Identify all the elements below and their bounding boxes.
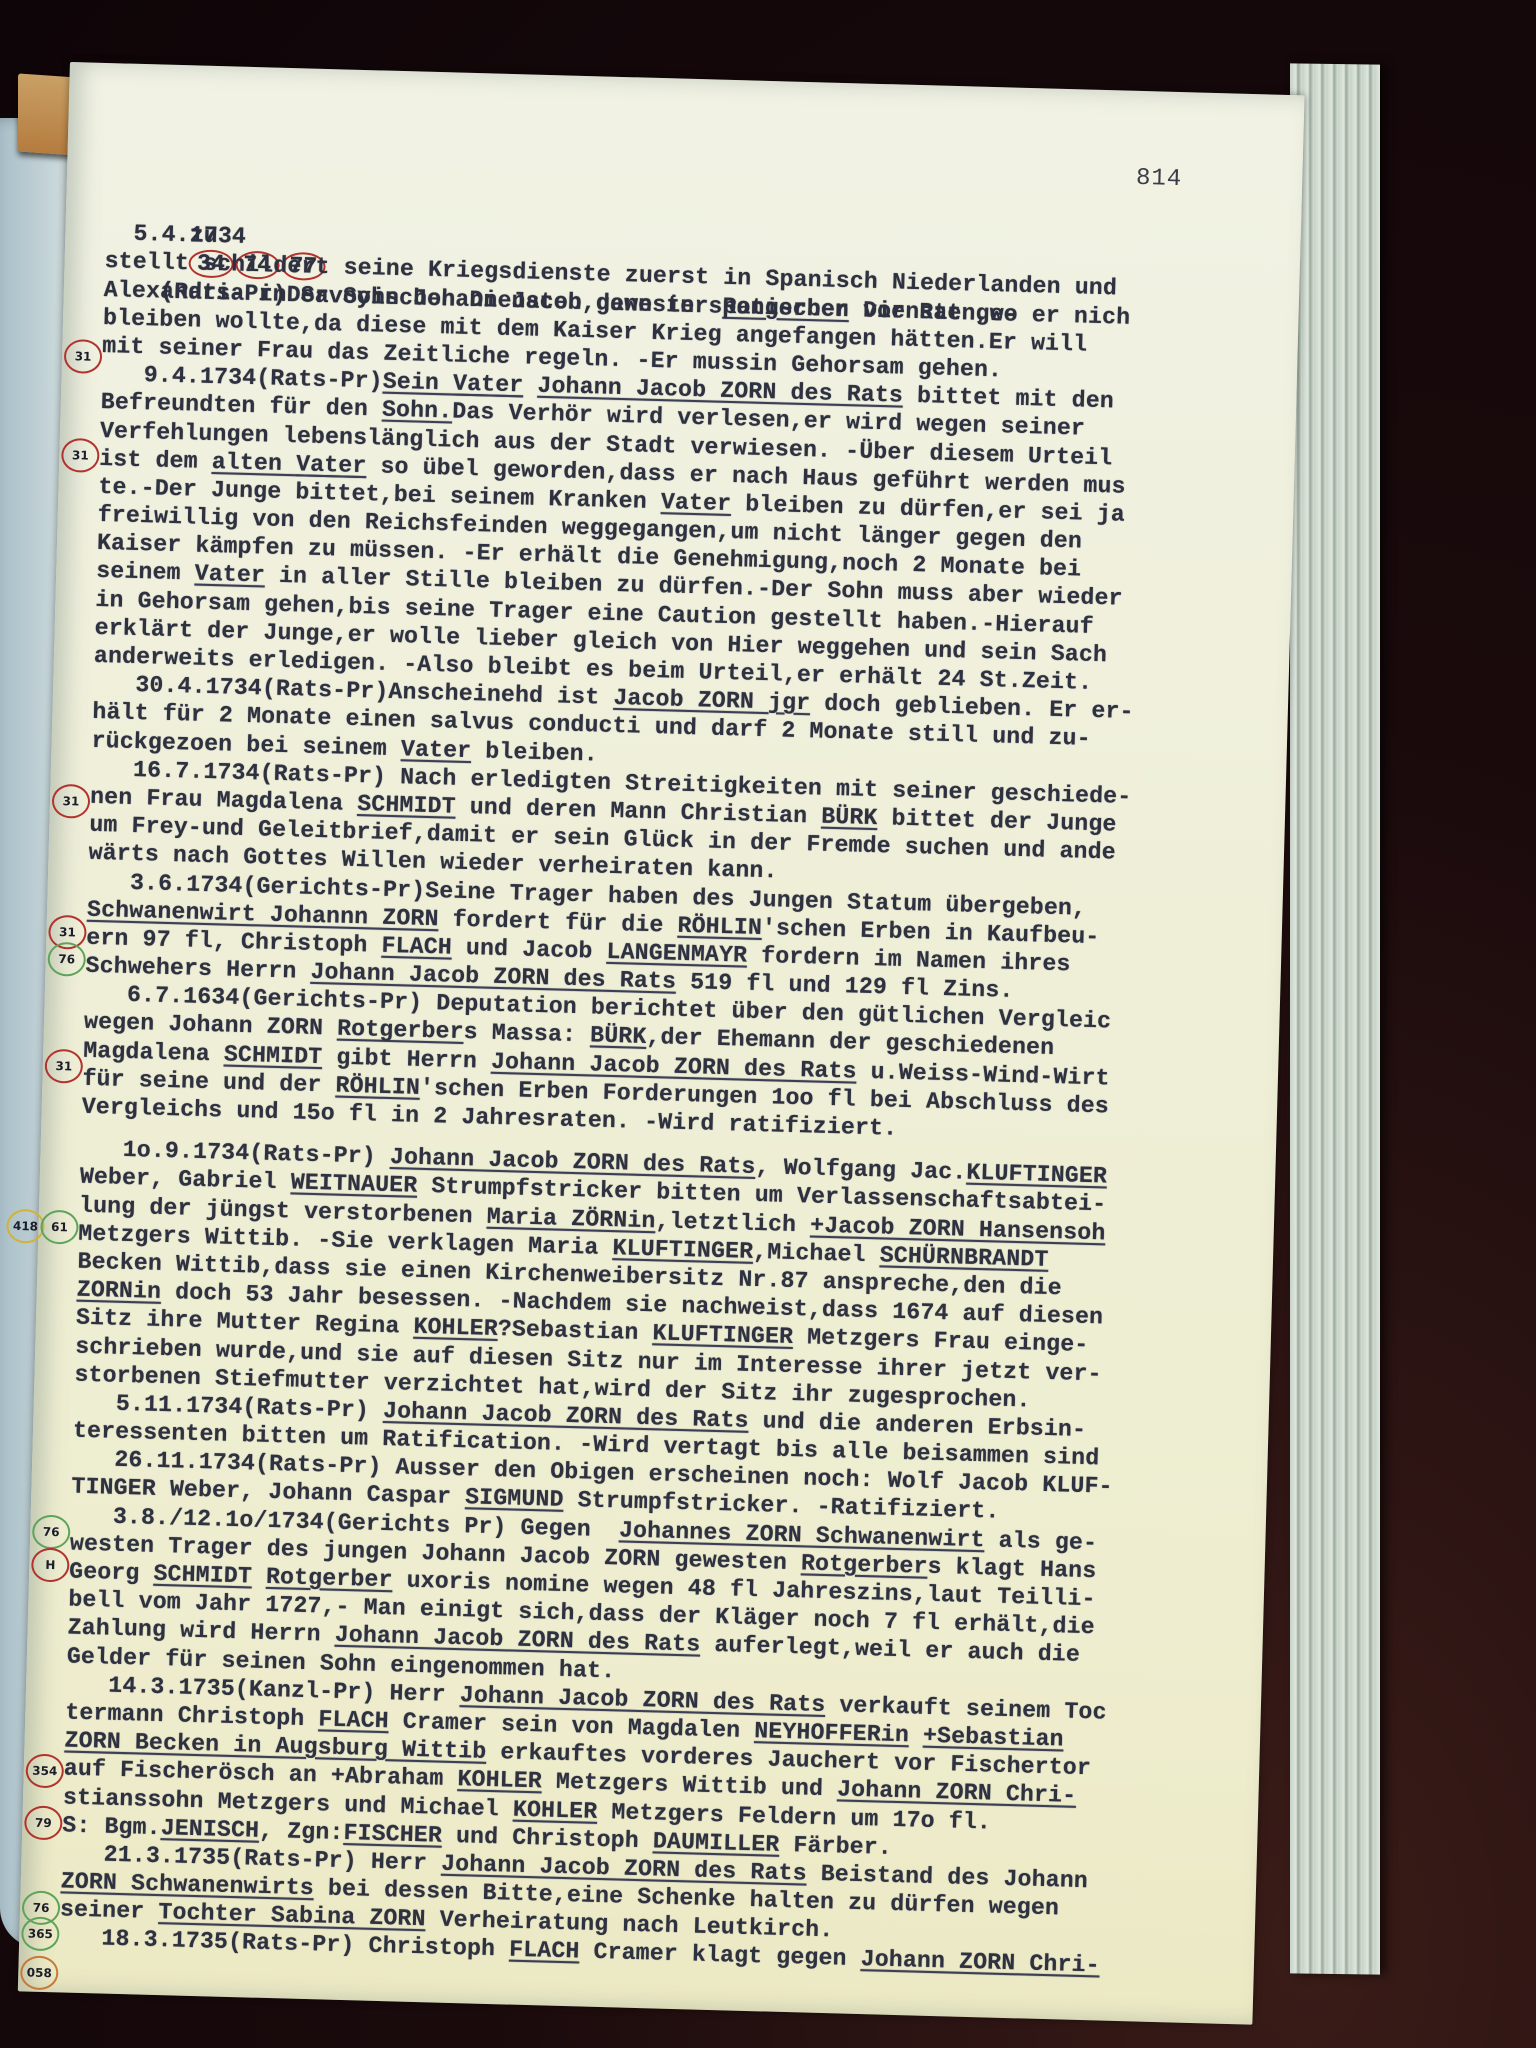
margin-annotations: 3131313176314186176H3547976365058 bbox=[70, 62, 1305, 95]
margin-annotation: 76 bbox=[32, 1514, 71, 1549]
margin-annotation: 61 bbox=[40, 1209, 79, 1244]
margin-annotation: 31 bbox=[44, 1049, 83, 1084]
page-number: 814 bbox=[1136, 165, 1183, 193]
margin-annotation: H bbox=[31, 1548, 70, 1583]
margin-annotation: 31 bbox=[64, 338, 103, 373]
margin-annotation: 31 bbox=[52, 784, 91, 819]
margin-annotation: 354 bbox=[25, 1754, 64, 1789]
typewritten-text: zu 347477 (Rats-Pr)Der Sohn Johann Jacob… bbox=[59, 191, 1291, 1984]
page-edges bbox=[1290, 63, 1380, 1974]
margin-annotation: 418 bbox=[6, 1208, 45, 1243]
margin-annotation: 365 bbox=[21, 1916, 60, 1951]
margin-annotation: 058 bbox=[20, 1956, 59, 1991]
margin-annotation: 31 bbox=[61, 437, 100, 472]
margin-annotation: 76 bbox=[47, 942, 86, 977]
margin-annotation: 79 bbox=[24, 1805, 63, 1840]
text-body: 5.4.1734stellt schildert seine Kriegsdie… bbox=[59, 219, 1290, 1984]
document-page: 814 zu 347477 (Rats-Pr)Der Sohn Johann J… bbox=[18, 62, 1305, 2025]
